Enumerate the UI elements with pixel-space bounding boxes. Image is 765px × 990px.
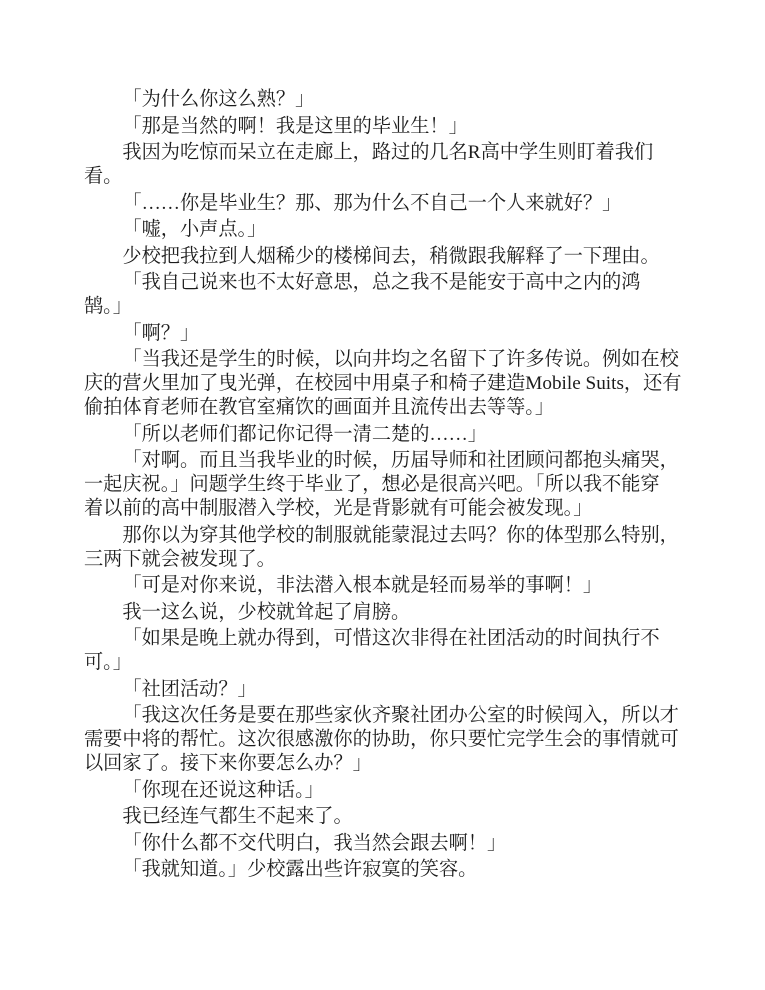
- paragraph: 我已经连气都生不起来了。: [84, 805, 690, 829]
- text-line: 「你现在还说这种话。」: [84, 779, 690, 803]
- paragraph: 「你什么都不交代明白，我当然会跟去啊！」: [84, 832, 690, 856]
- text-line: 以回家了。接下来你要怎么办？」: [84, 752, 690, 776]
- paragraph: 「我就知道。」少校露出些许寂寞的笑容。: [84, 858, 690, 882]
- text-line: 「嘘，小声点。」: [84, 218, 690, 242]
- text-line: 我一这么说，少校就耸起了肩膀。: [84, 601, 690, 625]
- paragraph: 「可是对你来说，非法潜入根本就是轻而易举的事啊！」: [84, 574, 690, 598]
- paragraph: 「嘘，小声点。」: [84, 218, 690, 242]
- paragraph: 「社团活动？」: [84, 678, 690, 702]
- text-line: 「如果是晚上就办得到，可惜这次非得在社团活动的时间执行不: [84, 627, 690, 651]
- paragraph: 「……你是毕业生？那、那为什么不自己一个人来就好？」: [84, 192, 690, 216]
- text-line: 偷拍体育老师在教官室痛饮的画面并且流传出去等等。」: [84, 396, 690, 420]
- paragraph: 我一这么说，少校就耸起了肩膀。: [84, 601, 690, 625]
- text-line: 「那是当然的啊！我是这里的毕业生！」: [84, 115, 690, 139]
- paragraph: 少校把我拉到人烟稀少的楼梯间去，稍微跟我解释了一下理由。: [84, 245, 690, 269]
- text-line: 可。」: [84, 651, 690, 675]
- text-line: 「你什么都不交代明白，我当然会跟去啊！」: [84, 832, 690, 856]
- text-line: 鹄。」: [84, 295, 690, 319]
- text-line: 一起庆祝。」问题学生终于毕业了，想必是很高兴吧。「所以我不能穿: [84, 473, 690, 497]
- text-line: 着以前的高中制服潜入学校，光是背影就有可能会被发现。」: [84, 497, 690, 521]
- text-line: 我已经连气都生不起来了。: [84, 805, 690, 829]
- paragraph: 我因为吃惊而呆立在走廊上，路过的几名R高中学生则盯着我们看。: [84, 141, 690, 189]
- text-line: 我因为吃惊而呆立在走廊上，路过的几名R高中学生则盯着我们: [84, 141, 690, 165]
- text-line: 「啊？」: [84, 322, 690, 346]
- text-line: 少校把我拉到人烟稀少的楼梯间去，稍微跟我解释了一下理由。: [84, 245, 690, 269]
- paragraph: 「你现在还说这种话。」: [84, 779, 690, 803]
- paragraph: 「我这次任务是要在那些家伙齐聚社团办公室的时候闯入，所以才需要中将的帮忙。这次很…: [84, 704, 690, 776]
- text-line: 「我就知道。」少校露出些许寂寞的笑容。: [84, 858, 690, 882]
- text-line: 「……你是毕业生？那、那为什么不自己一个人来就好？」: [84, 192, 690, 216]
- paragraph: 「如果是晚上就办得到，可惜这次非得在社团活动的时间执行不可。」: [84, 627, 690, 675]
- paragraph: 「那是当然的啊！我是这里的毕业生！」: [84, 115, 690, 139]
- text-line: 「社团活动？」: [84, 678, 690, 702]
- text-line: 「我这次任务是要在那些家伙齐聚社团办公室的时候闯入，所以才: [84, 704, 690, 728]
- text-line: 需要中将的帮忙。这次很感激你的协助，你只要忙完学生会的事情就可: [84, 728, 690, 752]
- text-line: 「为什么你这么熟？」: [84, 88, 690, 112]
- text-line: 看。: [84, 165, 690, 189]
- text-line: 庆的营火里加了曳光弹，在校园中用桌子和椅子建造Mobile Suits，还有: [84, 372, 690, 396]
- text-line: 那你以为穿其他学校的制服就能蒙混过去吗？你的体型那么特别，: [84, 524, 690, 548]
- text-line: 「所以老师们都记你记得一清二楚的……」: [84, 423, 690, 447]
- novel-text: 「为什么你这么熟？」「那是当然的啊！我是这里的毕业生！」我因为吃惊而呆立在走廊上…: [84, 88, 690, 885]
- paragraph: 那你以为穿其他学校的制服就能蒙混过去吗？你的体型那么特别，三两下就会被发现了。: [84, 524, 690, 572]
- text-line: 「对啊。而且当我毕业的时候，历届导师和社团顾问都抱头痛哭，: [84, 449, 690, 473]
- text-line: 「我自己说来也不太好意思，总之我不是能安于高中之内的鸿: [84, 271, 690, 295]
- text-line: 三两下就会被发现了。: [84, 548, 690, 572]
- paragraph: 「为什么你这么熟？」: [84, 88, 690, 112]
- paragraph: 「所以老师们都记你记得一清二楚的……」: [84, 423, 690, 447]
- paragraph: 「当我还是学生的时候，以向井均之名留下了许多传说。例如在校庆的营火里加了曳光弹，…: [84, 348, 690, 420]
- document-page: 「为什么你这么熟？」「那是当然的啊！我是这里的毕业生！」我因为吃惊而呆立在走廊上…: [0, 0, 765, 990]
- paragraph: 「啊？」: [84, 322, 690, 346]
- text-line: 「当我还是学生的时候，以向井均之名留下了许多传说。例如在校: [84, 348, 690, 372]
- paragraph: 「对啊。而且当我毕业的时候，历届导师和社团顾问都抱头痛哭，一起庆祝。」问题学生终…: [84, 449, 690, 521]
- paragraph: 「我自己说来也不太好意思，总之我不是能安于高中之内的鸿鹄。」: [84, 271, 690, 319]
- text-line: 「可是对你来说，非法潜入根本就是轻而易举的事啊！」: [84, 574, 690, 598]
